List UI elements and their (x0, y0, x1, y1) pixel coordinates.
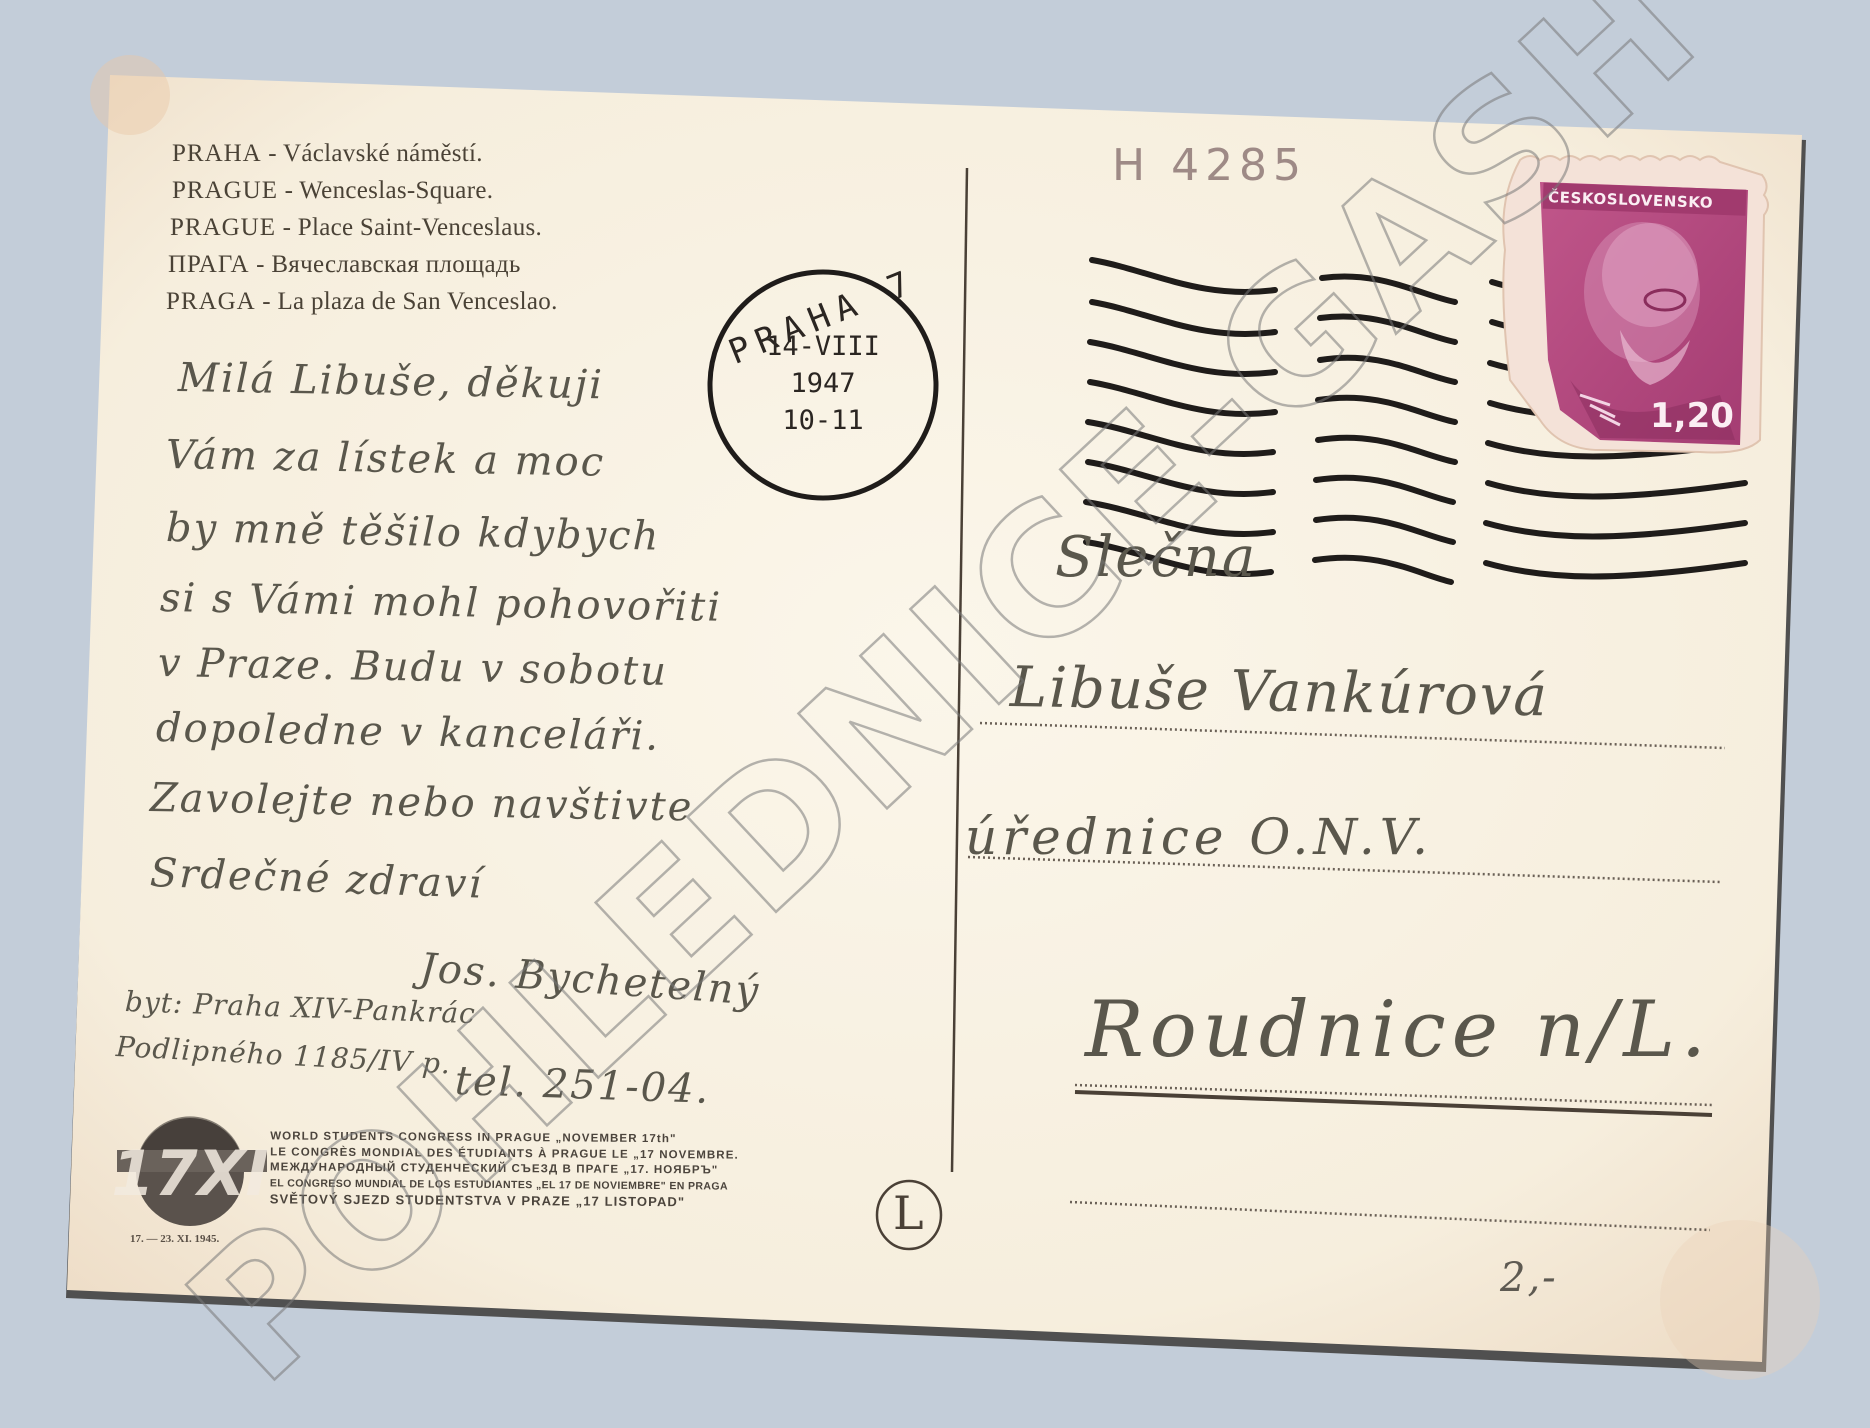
postmark-year: 1947 (763, 367, 883, 401)
caption-line: PRAGUE - Wenceslas-Square. (172, 177, 493, 205)
postmark-date: 14-VIII (763, 330, 883, 364)
postcard: 17XI PRAHA - Václavské náměstí. PRAGUE -… (0, 0, 1870, 1428)
message-line: Milá Libuše, děkuji (178, 355, 605, 408)
recipient-occupation: úřednice O.N.V. (965, 808, 1433, 866)
caption-line: PRAGA - La plaza de San Venceslao. (166, 288, 558, 316)
caption-line: PRAGUE - Place Saint-Venceslaus. (170, 214, 542, 242)
message-line: dopoledne v kanceláři. (156, 705, 661, 760)
message-line: by mně těšilo kdybych (166, 505, 661, 560)
message-line: si s Vámi mohl pohovořiti (160, 575, 723, 631)
recipient-city: Roudnice n/L. (1085, 985, 1712, 1075)
message-line: v Praze. Budu v sobotu (158, 640, 669, 695)
caption-line: PRAHA - Václavské náměstí. (172, 140, 483, 168)
postmark-hour: 10-11 (763, 404, 883, 438)
publisher-mark-letter: L (893, 1186, 924, 1240)
caption-line: ПРАГА - Вячеславская площадь (168, 251, 521, 279)
message-line: Zavolejte nebo navštivte (150, 775, 694, 830)
pencil-price-note: 2,- (1500, 1255, 1558, 1301)
stamp-value: 1,20 (1650, 396, 1734, 436)
inventory-number: H 4285 (1112, 140, 1307, 191)
message-line: Vám za lístek a moc (166, 432, 606, 486)
